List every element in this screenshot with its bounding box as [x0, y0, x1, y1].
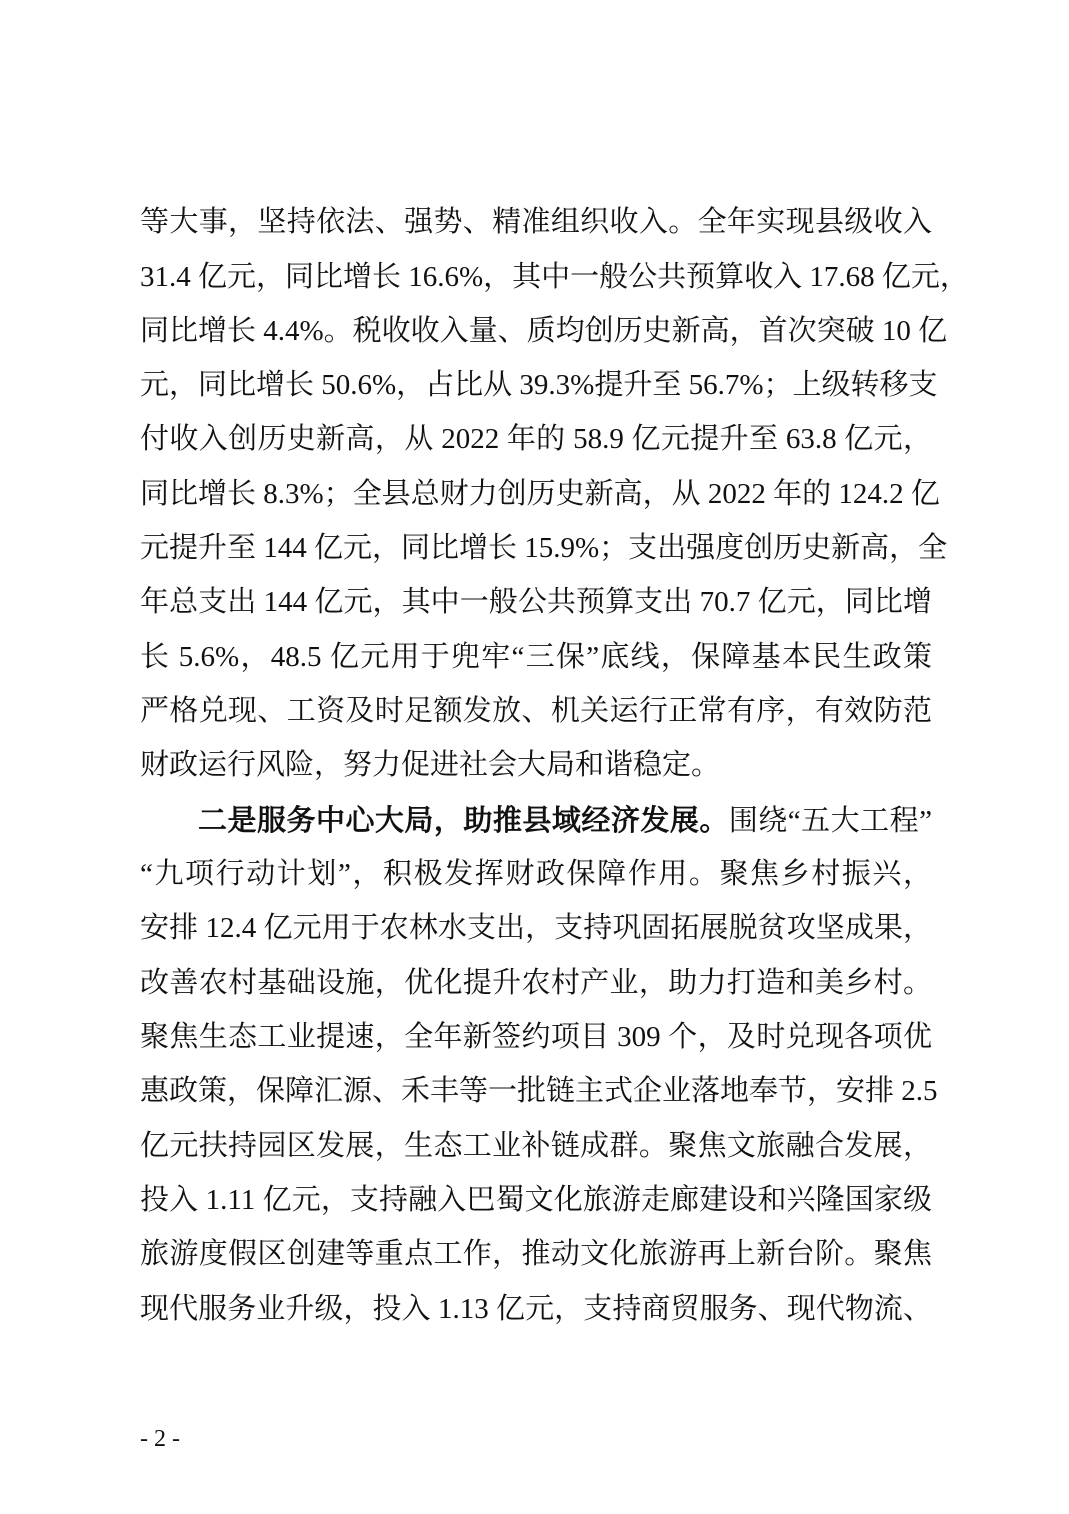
- body-text-line: 长 5.6%，48.5 亿元用于兜牢“三保”底线，保障基本民生政策: [140, 630, 932, 684]
- section-heading: 二是服务中心大局，助推县域经济发展。: [198, 803, 729, 837]
- body-text-inline: 围绕“五大工程”: [729, 805, 932, 837]
- body-text-line: 年总支出 144 亿元，其中一般公共预算支出 70.7 亿元，同比增: [140, 575, 932, 629]
- body-text-line: 惠政策，保障汇源、禾丰等一批链主式企业落地奉节，安排 2.5: [140, 1064, 932, 1118]
- body-text-line: 旅游度假区创建等重点工作，推动文化旅游再上新台阶。聚焦: [140, 1227, 932, 1281]
- body-text-line: 亿元扶持园区发展，生态工业补链成群。聚焦文旅融合发展，: [140, 1119, 932, 1173]
- body-text-line: 严格兑现、工资及时足额发放、机关运行正常有序，有效防范: [140, 684, 932, 738]
- body-text-line: 现代服务业升级，投入 1.13 亿元，支持商贸服务、现代物流、: [140, 1282, 932, 1336]
- body-text-line: 同比增长 4.4%。税收收入量、质均创历史新高，首次突破 10 亿: [140, 304, 932, 358]
- body-text-line: “九项行动计划”，积极发挥财政保障作用。聚焦乡村振兴，: [140, 847, 932, 901]
- body-text-line: 财政运行风险，努力促进社会大局和谐稳定。: [140, 738, 932, 792]
- page-number: - 2 -: [140, 1424, 180, 1454]
- body-text-line: 改善农村基础设施，优化提升农村产业，助力打造和美乡村。: [140, 956, 932, 1010]
- body-text-line: 31.4 亿元，同比增长 16.6%，其中一般公共预算收入 17.68 亿元，: [140, 250, 932, 304]
- document-page: 等大事，坚持依法、强势、精准组织收入。全年实现县级收入 31.4 亿元，同比增长…: [0, 0, 1069, 1514]
- body-text-line: 元，同比增长 50.6%，占比从 39.3%提升至 56.7%；上级转移支: [140, 358, 932, 412]
- body-text-line: 安排 12.4 亿元用于农林水支出，支持巩固拓展脱贫攻坚成果，: [140, 901, 932, 955]
- body-text-line: 聚焦生态工业提速，全年新签约项目 309 个，及时兑现各项优: [140, 1010, 932, 1064]
- section-heading-line: 二是服务中心大局，助推县域经济发展。围绕“五大工程”: [198, 793, 932, 847]
- body-text-line: 投入 1.11 亿元，支持融入巴蜀文化旅游走廊建设和兴隆国家级: [140, 1173, 932, 1227]
- body-text-line: 同比增长 8.3%；全县总财力创历史新高，从 2022 年的 124.2 亿: [140, 467, 932, 521]
- body-text-line: 元提升至 144 亿元，同比增长 15.9%；支出强度创历史新高，全: [140, 521, 932, 575]
- body-text-line: 付收入创历史新高，从 2022 年的 58.9 亿元提升至 63.8 亿元，: [140, 412, 932, 466]
- body-text-line: 等大事，坚持依法、强势、精准组织收入。全年实现县级收入: [140, 195, 932, 249]
